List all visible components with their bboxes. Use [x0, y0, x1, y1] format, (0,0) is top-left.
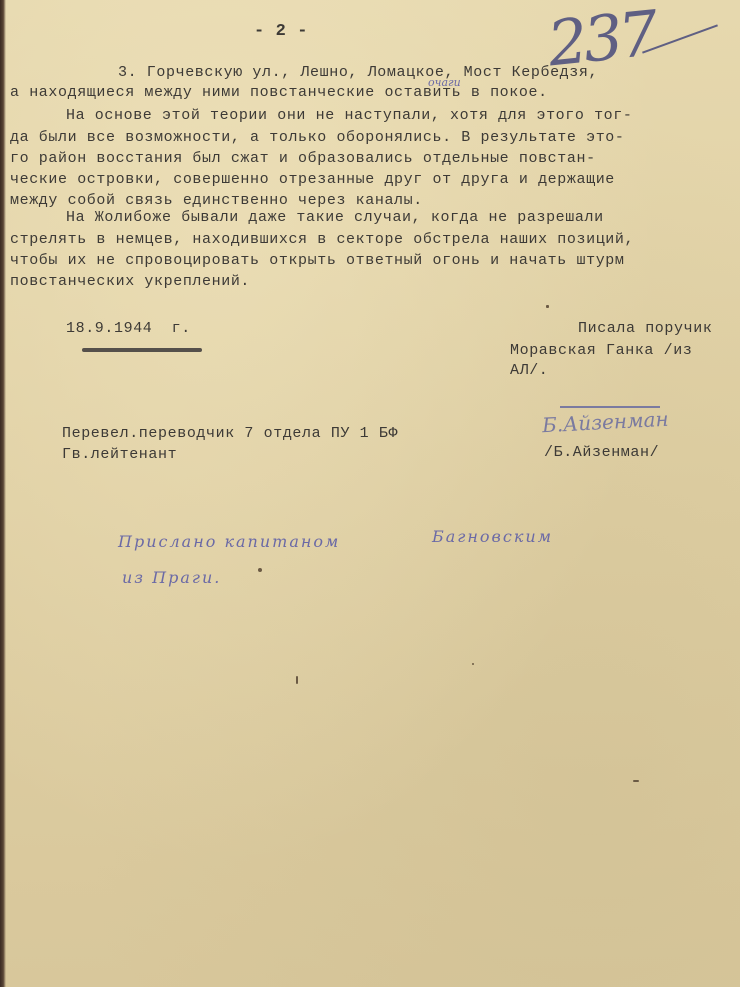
- handwritten-note-line-1b: Багновским: [432, 527, 553, 546]
- paragraph-1-line-1: 3. Горчевскую ул., Лешно, Ломацкое, Мост…: [118, 64, 598, 81]
- paragraph-2-line-4: ческие островки, совершенно отрезанные д…: [10, 171, 615, 188]
- translator-line-2: Гв.лейтенант: [62, 446, 177, 463]
- paragraph-1-line-2: а находящиеся между ними повстанческие о…: [10, 84, 548, 101]
- signature-stroke: [560, 406, 660, 408]
- date-underline: [82, 348, 202, 352]
- handwritten-note-line-1a: Прислано капитаном: [118, 532, 340, 551]
- translator-line-1: Перевел.переводчик 7 отдела ПУ 1 БФ: [62, 425, 398, 442]
- paper-speck: [296, 676, 298, 684]
- page-number: - 2 -: [254, 22, 308, 41]
- paragraph-2-line-1: На основе этой теории они не наступали, …: [66, 107, 633, 124]
- handwritten-note-line-2: из Праги.: [122, 568, 221, 587]
- paragraph-3-line-4: повстанческих укреплений.: [10, 273, 250, 290]
- paragraph-2-line-3: го район восстания был сжат и образовали…: [10, 150, 596, 167]
- page-binding-edge: [0, 0, 6, 987]
- paper-speck: [633, 780, 639, 782]
- author-line-3: АЛ/.: [510, 362, 548, 379]
- translator-signature: Б.Айзенман: [541, 407, 669, 438]
- paragraph-2-line-5: между собой связь единственно через кана…: [10, 192, 423, 209]
- author-line-2: Моравская Ганка /из: [510, 342, 692, 359]
- paper-speck: [472, 663, 474, 665]
- paper-speck: [546, 305, 549, 308]
- paragraph-3-line-3: чтобы их не спровоцировать открыть ответ…: [10, 252, 625, 269]
- document-page: - 2 - 237 3. Горчевскую ул., Лешно, Лома…: [0, 0, 740, 987]
- paper-speck: [258, 568, 262, 572]
- document-date: 18.9.1944 г.: [66, 320, 191, 337]
- paragraph-3-line-1: На Жолибоже бывали даже такие случаи, ко…: [66, 209, 604, 226]
- paragraph-3-line-2: стрелять в немцев, находившихся в сектор…: [10, 231, 634, 248]
- paragraph-2-line-2: да были все возможности, а только оборон…: [10, 129, 625, 146]
- translator-name: /Б.Айзенман/: [544, 444, 659, 461]
- author-line-1: Писала поручик: [578, 320, 712, 337]
